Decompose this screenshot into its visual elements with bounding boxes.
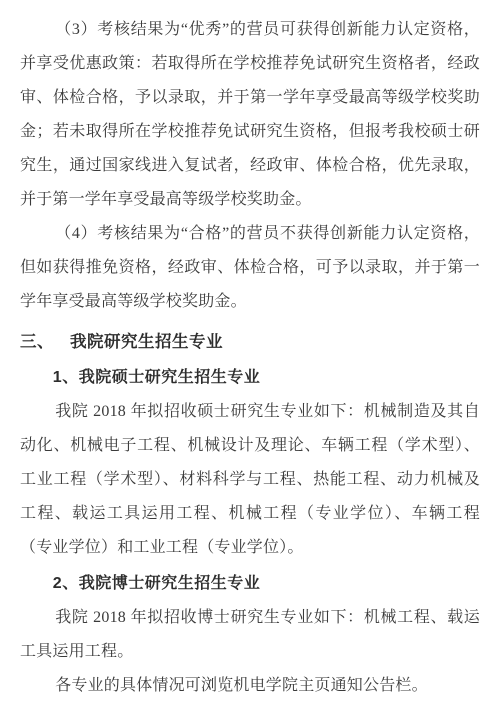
paragraph-item-4: （4）考核结果为“合格”的营员不获得创新能力认定资格，但如获得推免资格，经政审、…	[20, 217, 480, 319]
document-page: （3）考核结果为“优秀”的营员可获得创新能力认定资格，并享受优惠政策：若取得所在…	[0, 0, 501, 706]
paragraph-item-3: （3）考核结果为“优秀”的营员可获得创新能力认定资格，并享受优惠政策：若取得所在…	[20, 13, 480, 217]
subsection-heading-master: 1、我院硕士研究生招生专业	[20, 361, 480, 395]
paragraph-master-majors: 我院 2018 年拟招收硕士研究生专业如下：机械制造及其自动化、机械电子工程、机…	[20, 395, 480, 565]
section-title: 我院研究生招生专业	[70, 333, 223, 351]
subsection-heading-doctor: 2、我院博士研究生招生专业	[20, 567, 480, 601]
section-heading-3: 三、我院研究生招生专业	[20, 325, 480, 359]
section-number: 三、	[20, 325, 54, 359]
paragraph-doctor-majors: 我院 2018 年拟招收博士研究生专业如下：机械工程、载运工具运用工程。	[20, 601, 480, 669]
paragraph-note: 各专业的具体情况可浏览机电学院主页通知公告栏。	[20, 669, 480, 703]
